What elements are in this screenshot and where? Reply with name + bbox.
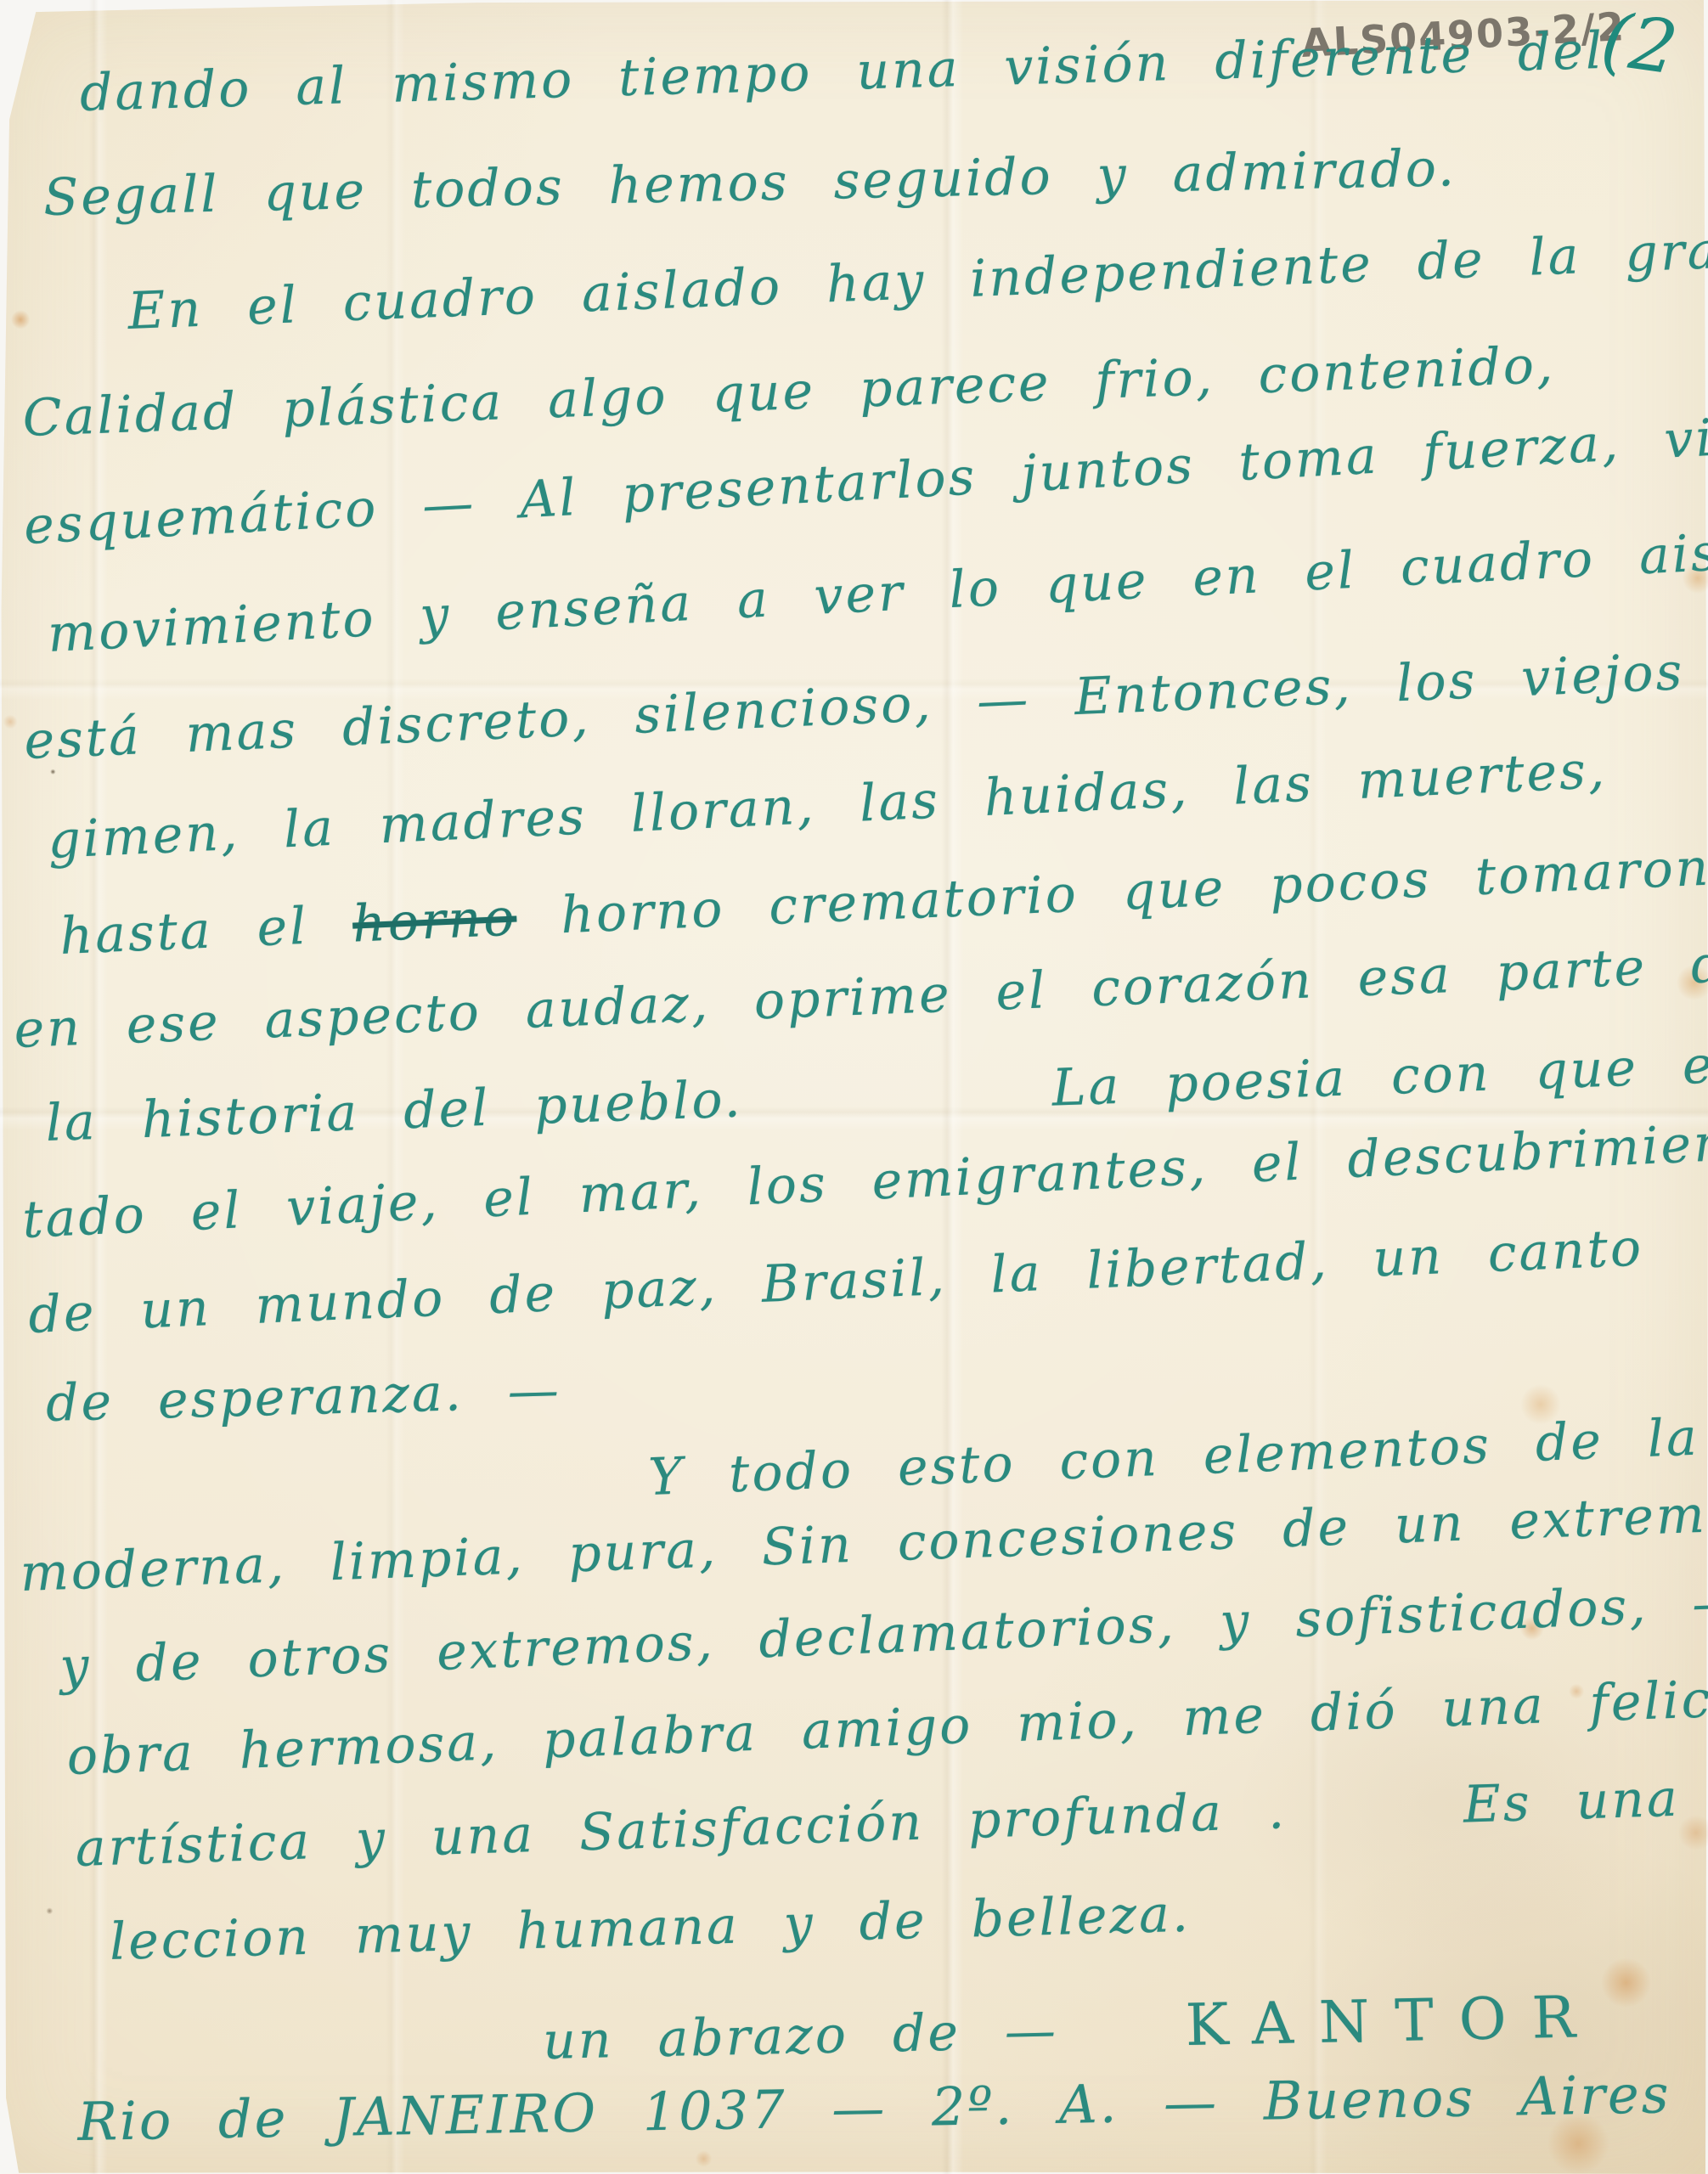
signature-name: KANTOR	[1185, 1984, 1602, 2059]
line-text-before-correction: hasta el	[59, 895, 354, 966]
signature-closing: un abrazo de —	[542, 2001, 1058, 2071]
crossed-out-word: horno	[352, 888, 518, 955]
letter-page: ALS04903-2/2 (2 dando al mismo tiempo un…	[0, 0, 1708, 2174]
page-number-ink: (2	[1596, 0, 1682, 92]
